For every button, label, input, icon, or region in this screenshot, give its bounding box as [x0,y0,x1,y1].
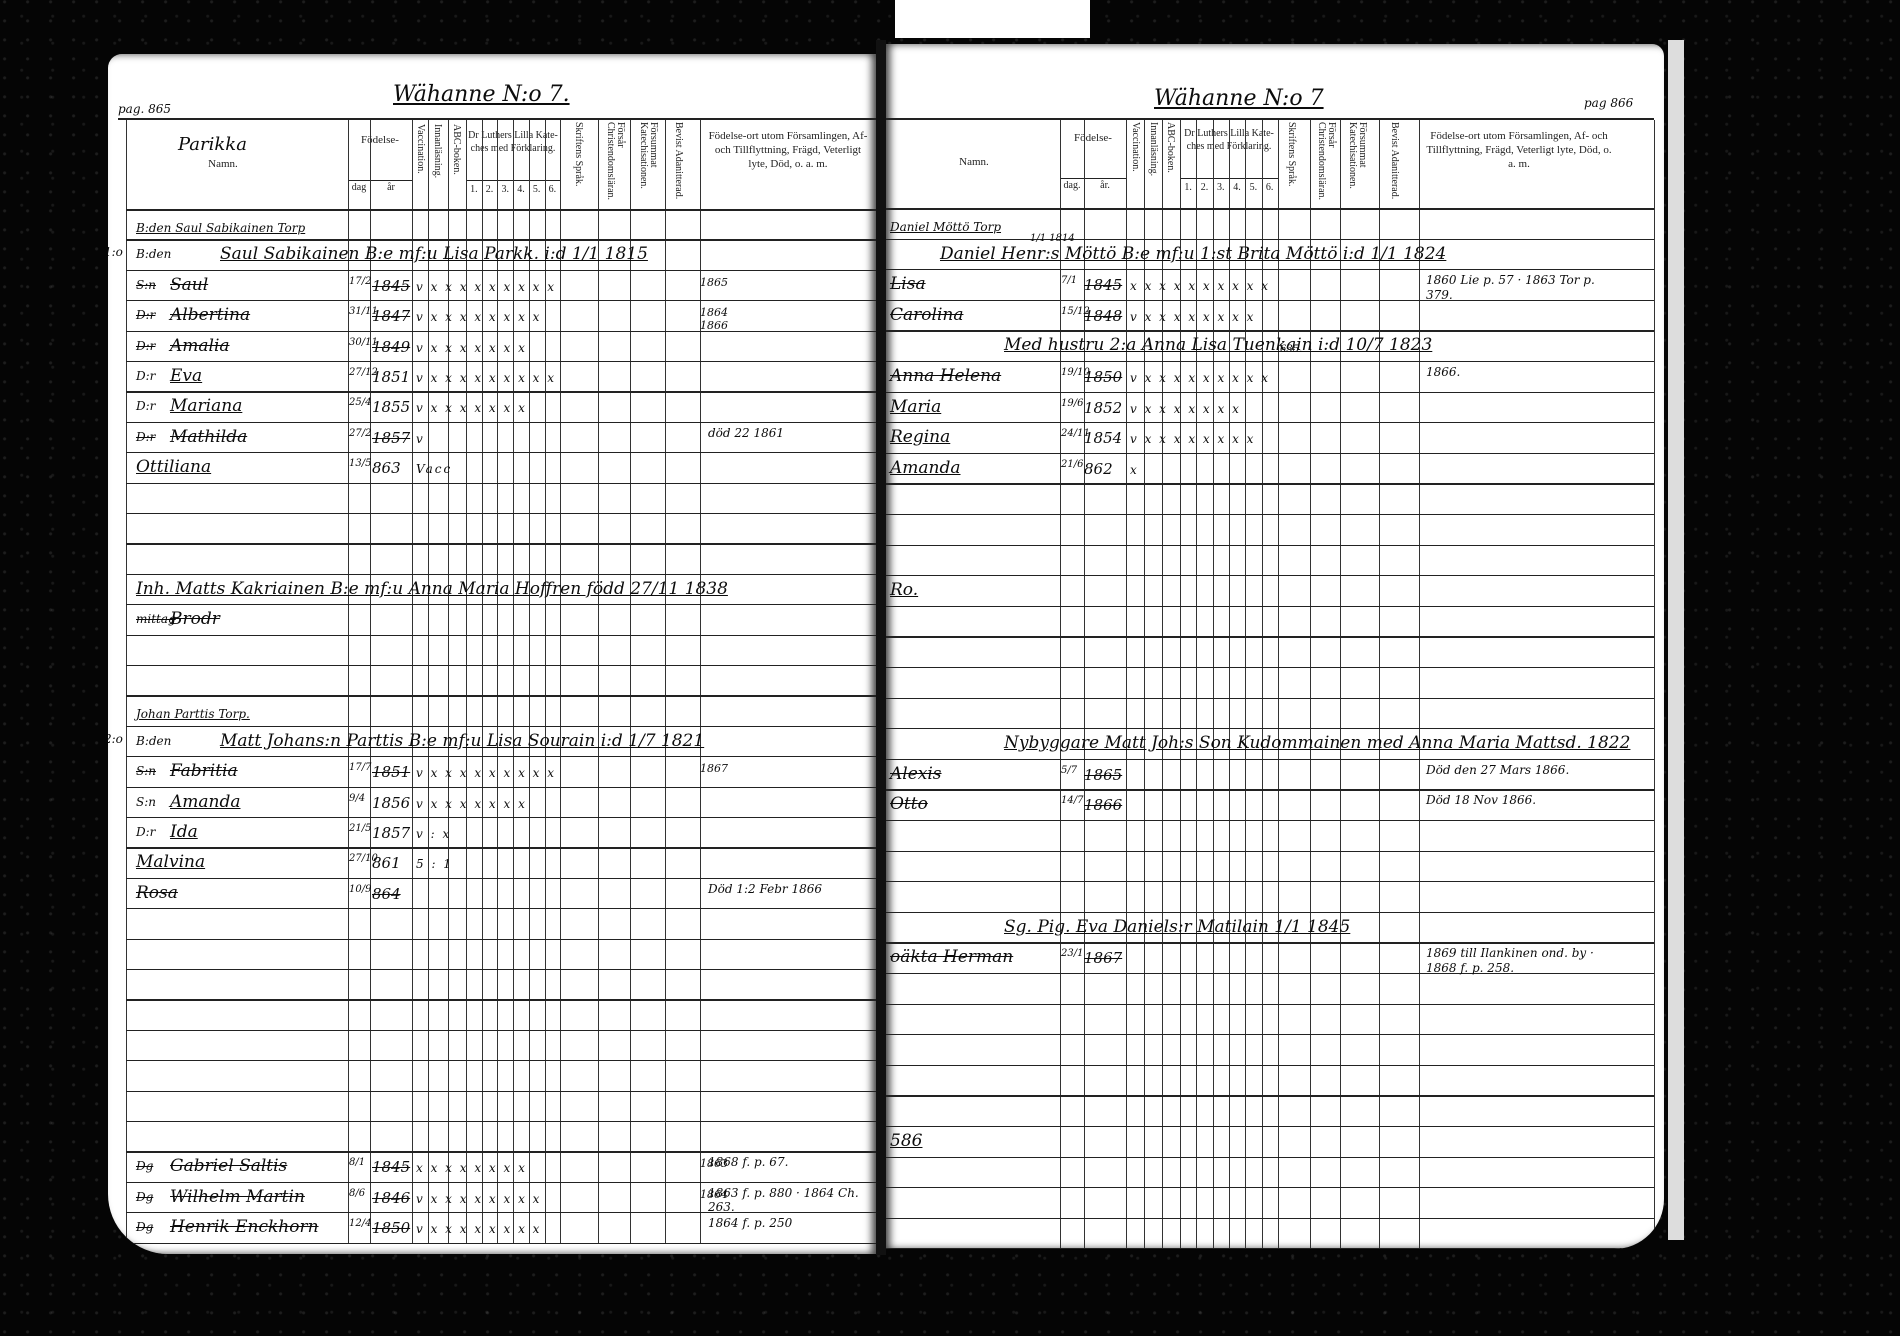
row-rule [884,881,1654,882]
column-rule [348,120,349,1243]
birth-day: 14/7 [1061,795,1083,806]
person-name: Ro. [890,580,918,600]
birth-year: 1845 [372,1158,410,1176]
col-header-bev: Bevist Adanitterad. [673,122,683,207]
exam-marks: v x x x x x x x x [416,1222,541,1236]
exam-marks: v x x x x x x x x x [416,371,556,385]
row-rule [126,483,878,484]
person-name: Regina [890,427,950,447]
relation-prefix: D:r [136,339,155,353]
exam-marks: v x x x x x x x x x [416,280,556,294]
birth-day: 7/1 [1061,275,1077,286]
row-rule [126,756,878,757]
person-name: Amalia [170,336,230,356]
header-rule [884,208,1654,210]
row-rule [126,726,878,727]
scanner-marker [895,0,1090,38]
person-name: 586 [890,1131,922,1151]
bevist-year: 1864 1866 [700,306,734,332]
catechism-part-3: 3. [497,184,513,197]
birth-day: 13/5 [349,458,371,469]
exam-marks: v : x [416,827,451,841]
col-header-notes: Födelse-ort utom Församlingen, Af- och T… [1424,130,1614,171]
book-cover-edge [1668,40,1684,1240]
birth-year: 1867 [1084,949,1122,967]
column-rule [630,120,631,1243]
person-name: Anna Helena [890,366,1001,386]
birth-year: 1849 [372,338,410,356]
household-number: 2:o [108,732,123,746]
catechism-part-6: 6. [545,184,561,197]
relation-prefix: D:r [136,430,155,444]
relation-prefix: D:r [136,369,155,383]
col-header-name: Namn. [178,158,268,172]
row-rule [884,1065,1654,1066]
column-rule [370,120,371,1243]
row-rule [884,728,1654,729]
person-name: Maria [890,397,941,417]
birth-day: 10/9 [349,884,371,895]
household-number: 1:o [108,245,123,259]
superscript-date: 1/1 1814 [1030,233,1075,244]
exam-marks: v x x x x x x x x [1130,310,1255,324]
row-rule [126,331,878,332]
row-rule [126,635,878,636]
column-rule [1654,120,1655,1248]
relation-prefix: B:den [136,247,171,261]
person-name: Carolina [890,305,963,325]
column-rule [412,120,413,1243]
col-header-skrift: Skriftens Språk. [1286,122,1296,207]
catechism-part-5: 5. [1245,182,1261,195]
relation-prefix: D:r [136,825,155,839]
person-name: Johan Parttis Torp. [136,707,250,721]
row-rule [126,878,878,879]
birth-day: 17/7 [349,762,371,773]
row-rule [126,999,878,1000]
row-rule [884,453,1654,454]
person-name: Mathilda [170,427,247,447]
notes: Död den 27 Mars 1866. [1426,763,1616,777]
person-name: Matt Johans:n Parttis B:e mf:u Lisa Sour… [220,731,704,751]
catechism-part-4: 4. [1229,182,1245,195]
birth-day: 12/4 [349,1218,371,1229]
birth-year: 862 [1084,460,1113,478]
exam-marks: Vacc [416,462,452,476]
row-rule [884,759,1654,760]
exam-marks: v x x x x x x x x [1130,432,1255,446]
row-rule [126,300,878,301]
person-name: Inh. Matts Kakriainen B:e mf:u Anna Mari… [136,579,728,599]
exam-marks: v x x x x x x x [416,797,527,811]
person-name: Gabriel Saltis [170,1156,287,1176]
row-rule [884,483,1654,484]
row-rule [884,422,1654,423]
birth-year: 1856 [372,794,410,812]
exam-marks: x x x x x x x x [416,1161,527,1175]
bevist-year: 1867 [700,762,734,775]
catechism-part-5: 5. [529,184,545,197]
birth-day: 25/4 [349,397,371,408]
catechism-part-2: 2. [1196,182,1212,195]
notes: 1868 f. p. 67. [708,1155,868,1169]
left-page: pag. 865 Wähanne N:o 7. Parikka Namn. Fö… [108,54,878,1254]
person-name: Eva [170,366,202,386]
exam-marks: v x x x x x x x [1130,402,1241,416]
row-rule [126,513,878,514]
row-rule [884,1004,1654,1005]
col-header-birth: Födelse- [348,134,412,148]
row-rule [126,1182,878,1183]
row-rule [884,1218,1654,1219]
person-name: Malvina [136,852,205,872]
row-rule [126,391,878,392]
birth-day: 9/4 [349,793,365,804]
birth-year: 1857 [372,824,410,842]
catechism-part-1: 1. [466,184,482,197]
exam-marks: v x x x x x x x [416,341,527,355]
exam-marks: 5 : 1 [416,857,453,871]
birth-year: 1866 [1084,796,1122,814]
row-rule [126,1121,878,1122]
person-name: Nybyggare Matt Joh:s Son Kudommainen med… [1004,733,1630,753]
row-rule [884,545,1654,546]
person-name: B:den Saul Sabikainen Torp [136,221,305,235]
exam-marks: v x x x x x x x x x [416,766,556,780]
row-rule [126,270,878,271]
exam-marks: v x x x x x x x x [416,310,541,324]
relation-prefix: Dg [136,1159,153,1173]
page-heading: Wähanne N:o 7. [393,82,570,107]
col-header-forskat: Försummat Katechisationen. [1347,122,1367,207]
birth-year: 1850 [1084,368,1122,386]
birth-day: 21/6 [1061,459,1083,470]
person-name: Amanda [890,458,961,478]
birth-year: 861 [372,854,401,872]
person-name: Albertina [170,305,250,325]
row-rule [884,789,1654,790]
row-rule [884,269,1654,270]
row-rule [126,452,878,453]
person-name: Mariana [170,396,242,416]
row-rule [126,239,878,240]
birth-year: 1848 [1084,307,1122,325]
relation-prefix: Dg [136,1220,153,1234]
column-hand-title: Parikka [178,134,247,155]
col-header-forsar: Försår Christendomsläran. [1316,122,1336,207]
person-name: Otto [890,794,928,814]
column-rule [1419,120,1420,1248]
birth-year: 1865 [1084,766,1122,784]
row-rule [126,665,878,666]
col-header-day: dag. [1060,180,1084,193]
birth-year: 1845 [372,277,410,295]
row-rule [126,543,878,544]
row-rule [126,1243,878,1244]
col-header-skrift: Skriftens Språk. [573,122,583,207]
col-header-bev: Bevist Adanitterad. [1389,122,1399,207]
relation-prefix: D:r [136,308,155,322]
col-header-abc: ABC-boken. [451,124,461,204]
row-rule [884,942,1654,943]
right-page: pag 866 Wähanne N:o 7 Namn. Födelse- dag… [884,44,1664,1249]
col-header-forskat: Försummat Katechisationen. [638,122,658,207]
exam-marks: x x x x x x x x x x [1130,279,1270,293]
col-header-notes: Födelse-ort utom Församlingen, Af- och T… [708,130,868,171]
column-rule [1126,120,1127,1248]
exam-marks: x [1130,463,1139,477]
person-name: Lisa [890,274,926,294]
person-name: Daniel Henr:s Möttö B:e mf:u 1:st Brita … [940,244,1446,264]
col-header-abc: ABC-boken. [1165,122,1175,202]
bevist-year: 1865 [700,276,734,289]
person-name: Wilhelm Martin [170,1187,305,1207]
row-rule [126,1091,878,1092]
row-rule [884,667,1654,668]
col-header-vacc: Vaccination. [1130,122,1140,202]
page-ref: pag. 865 [118,102,171,116]
person-name: Daniel Möttö Torp [890,220,1001,234]
row-rule [126,939,878,940]
row-rule [884,820,1654,821]
column-rule [665,120,666,1243]
row-rule [884,1248,1654,1249]
birth-day: 23/1 [1061,948,1083,959]
row-rule [126,908,878,909]
relation-prefix: D:r [136,399,155,413]
row-rule [884,575,1654,576]
birth-year: 864 [372,885,401,903]
birth-year: 1854 [1084,429,1122,447]
row-rule [126,422,878,423]
notes: 1869 till Ilankinen ond. by · 1868 f. p.… [1426,946,1616,975]
birth-day: 19/6 [1061,398,1083,409]
row-rule [884,1126,1654,1127]
exam-marks: v x x x x x x x x x [1130,371,1270,385]
birth-year: 1846 [372,1189,410,1207]
relation-prefix: B:den [136,734,171,748]
birth-year: 1850 [372,1219,410,1237]
row-rule [126,1030,878,1031]
catechism-part-2: 2. [482,184,498,197]
exam-marks: v x x x x x x x x [416,1192,541,1206]
notes: död 22 1861 [708,426,868,440]
column-rule [560,120,561,1243]
notes: 1863 f. p. 880 · 1864 Ch. 263. [708,1186,868,1215]
row-rule [884,1095,1654,1096]
relation-prefix: S:n [136,278,156,292]
row-rule [884,514,1654,515]
birth-year: 1847 [372,307,410,325]
notes: 1860 Lie p. 57 · 1863 Tor p. 379. [1426,273,1616,302]
row-rule [884,392,1654,393]
person-name: Fabritia [170,761,238,781]
column-rule [598,120,599,1243]
column-rule [1060,120,1061,1248]
relation-prefix: S:n [136,795,156,809]
row-rule [884,361,1654,362]
row-rule [126,574,878,575]
exam-marks: v x x x x x x x [416,401,527,415]
row-rule [126,1060,878,1061]
column-rule [126,120,127,1243]
book-spine [876,40,886,1255]
birth-day: 27/2 [349,428,371,439]
page-heading: Wähanne N:o 7 [1154,86,1324,111]
col-header-vacc: Vaccination. [415,124,425,204]
col-header-innanl: Innanläsning. [432,124,442,204]
person-name: Ida [170,822,198,842]
person-name: Sg. Pig. Eva Daniels:r Matilain 1/1 1845 [1004,917,1350,937]
person-name: oäkta Herman [890,947,1013,967]
skrift-value: 635. [1280,344,1302,355]
row-rule [126,969,878,970]
person-name: Rosa [136,883,178,903]
row-rule [126,361,878,362]
col-header-innanl: Innanläsning. [1148,122,1158,202]
column-rule [1310,120,1311,1248]
page-ref: pag 866 [1584,96,1633,110]
birth-day: 21/5 [349,823,371,834]
birth-day: 17/2 [349,276,371,287]
row-rule [126,1151,878,1152]
column-rule [1340,120,1341,1248]
person-name: Alexis [890,764,942,784]
person-name: Amanda [170,792,241,812]
birth-year: 1857 [372,429,410,447]
person-name: Henrik Enckhorn [170,1217,319,1237]
col-header-birth: Födelse- [1060,132,1126,146]
row-rule [884,851,1654,852]
birth-day: 5/7 [1061,765,1077,776]
exam-marks: v [416,432,425,446]
row-rule [884,1157,1654,1158]
catechism-part-3: 3. [1213,182,1229,195]
row-rule [884,1034,1654,1035]
person-name: Saul [170,275,208,295]
person-name: Brodr [170,609,220,629]
person-name: Med hustru 2:a Anna Lisa Tuenkain i:d 10… [1004,335,1432,355]
row-rule [126,695,878,696]
birth-year: 863 [372,459,401,477]
col-header-name: Namn. [924,156,1024,170]
row-rule [126,847,878,848]
birth-year: 1851 [372,368,410,386]
header-rule [126,209,878,211]
birth-year: 1855 [372,398,410,416]
birth-day: 8/1 [349,1157,365,1168]
row-rule [126,604,878,605]
relation-prefix: Dg [136,1190,153,1204]
col-header-day: dag [348,182,370,195]
col-header-year: år [370,182,412,195]
notes: 1866. [1426,365,1616,379]
row-rule [884,1187,1654,1188]
row-rule [126,787,878,788]
notes: 1864 f. p. 250 [708,1216,868,1230]
birth-year: 1852 [1084,399,1122,417]
catechism-part-1: 1. [1180,182,1196,195]
row-rule [126,817,878,818]
row-rule [884,698,1654,699]
birth-year: 1845 [1084,276,1122,294]
row-rule [884,330,1654,331]
catechism-part-4: 4. [513,184,529,197]
birth-year: 1851 [372,763,410,781]
col-header-year: år. [1084,180,1126,193]
person-name: Saul Sabikainen B:e mf:u Lisa Parkk. i:d… [220,244,648,264]
relation-prefix: S:n [136,764,156,778]
notes: Död 18 Nov 1866. [1426,793,1616,807]
column-rule [1278,120,1279,1248]
column-rule [1379,120,1380,1248]
col-header-forsar: Försår Christendomsläran. [605,122,625,207]
birth-day: 8/6 [349,1188,365,1199]
catechism-part-6: 6. [1262,182,1278,195]
row-rule [884,606,1654,607]
row-rule [884,239,1654,240]
row-rule [884,636,1654,637]
row-rule [884,912,1654,913]
notes: Död 1:2 Febr 1866 [708,882,868,896]
person-name: Ottiliana [136,457,211,477]
